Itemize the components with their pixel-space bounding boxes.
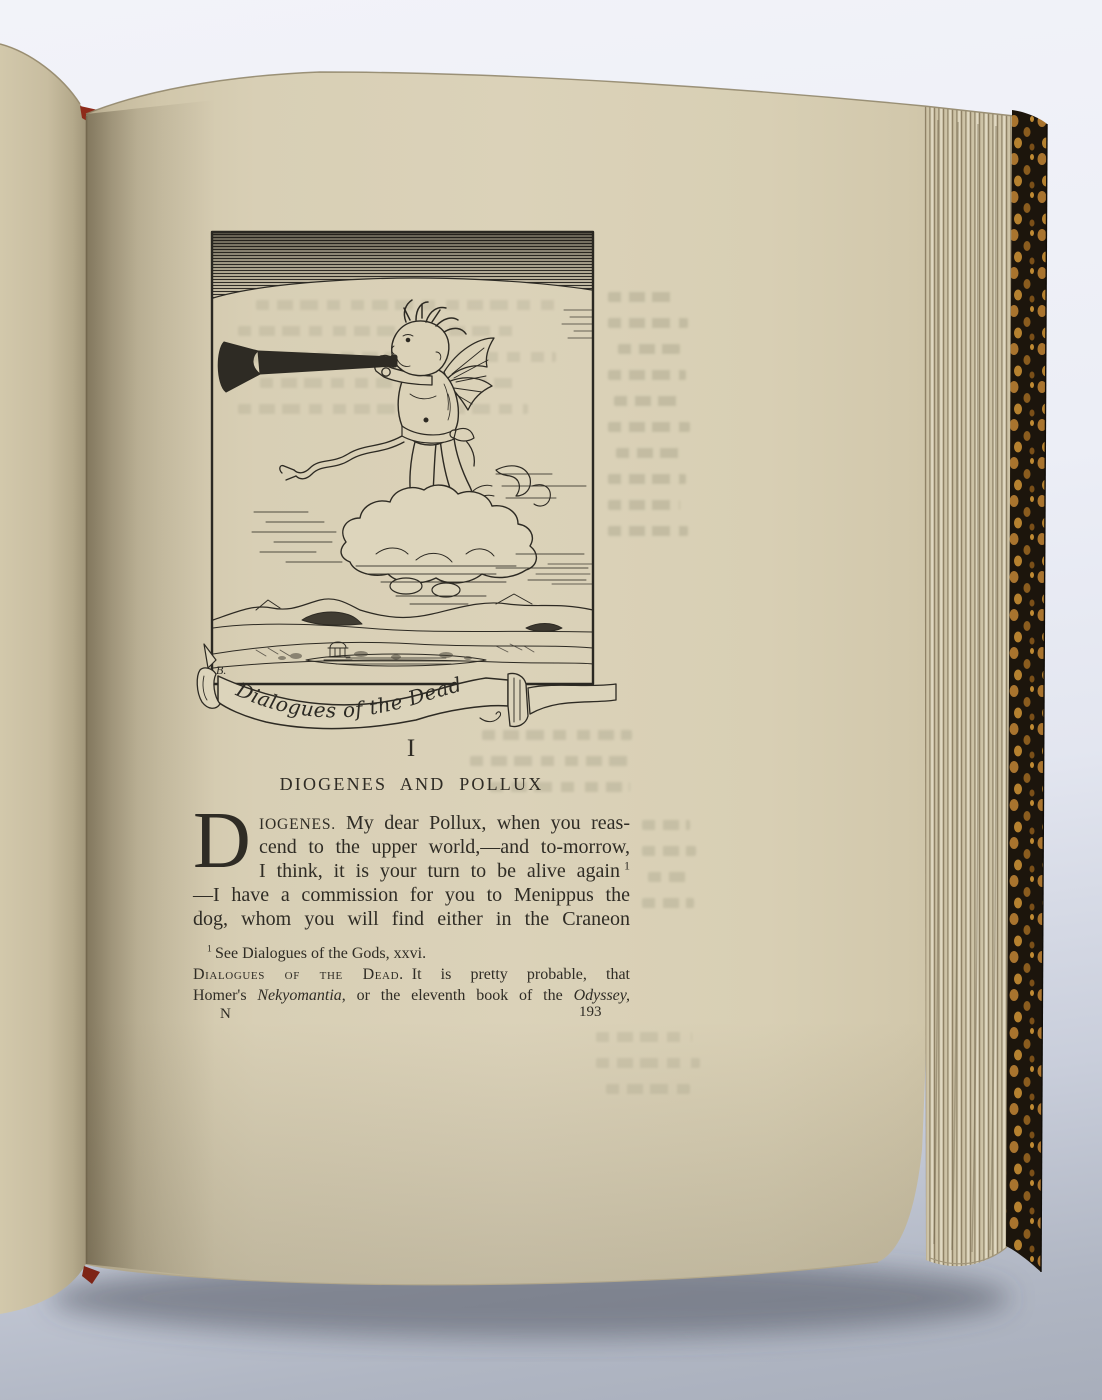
signature-mark: N	[220, 1006, 232, 1023]
bleedthrough-line	[648, 872, 692, 882]
sky-streaks	[536, 310, 592, 584]
book-photo: Dialogues of the Dead B. I DIOGENES AND …	[0, 0, 1102, 1400]
folio-row: N 193	[193, 1006, 630, 1028]
body-paragraph: D IOGENES. My dear Pollux, when you reas…	[193, 811, 630, 931]
banner-scroll: Dialogues of the Dead	[197, 644, 616, 729]
chapter-title: DIOGENES AND POLLUX	[193, 774, 630, 795]
trees	[278, 651, 472, 660]
bleedthrough-line	[596, 1058, 700, 1068]
footnote-line: 1 See Dialogues of the Gods, xxvi.	[193, 943, 630, 964]
bleedthrough-cluster	[596, 1032, 706, 1110]
bleedthrough-line	[642, 820, 690, 830]
trumpet	[218, 342, 397, 392]
body-line: cend to the upper world,—and to-morrow,	[193, 835, 630, 859]
body-line: —I have a commission for you to Menippus…	[193, 883, 630, 907]
body-line: IOGENES. My dear Pollux, when you reas-	[193, 811, 630, 835]
drop-cap: D	[193, 811, 259, 883]
chapter-numeral: I	[193, 735, 630, 763]
page-number: 193	[579, 1004, 602, 1021]
temple	[324, 642, 352, 660]
plate-frame	[212, 232, 593, 684]
body-line: dog, whom you will find either in the Cr…	[193, 907, 630, 931]
footnote-line: Homer's Nekyomantia, or the eleventh boo…	[193, 985, 630, 1006]
bleedthrough-line	[618, 344, 680, 354]
bleedthrough-cluster	[642, 820, 698, 924]
cherub-figure	[218, 300, 494, 521]
footnote-line: Dialogues of the Dead. It is pretty prob…	[193, 964, 630, 985]
page-content: Dialogues of the Dead B. I DIOGENES AND …	[0, 0, 1102, 1400]
mountain-landscape	[213, 594, 593, 668]
bleedthrough-line	[642, 846, 696, 856]
bleedthrough-line	[606, 1084, 690, 1094]
sky-band	[213, 233, 592, 298]
artist-monogram: B.	[216, 663, 226, 677]
footnotes: 1 See Dialogues of the Gods, xxvi. Dialo…	[193, 943, 630, 1006]
bleedthrough-line	[596, 1032, 692, 1042]
bleedthrough-line	[642, 898, 694, 908]
body-line: I think, it is your turn to be alive aga…	[193, 859, 630, 883]
engraved-plate: Dialogues of the Dead B.	[196, 224, 626, 734]
